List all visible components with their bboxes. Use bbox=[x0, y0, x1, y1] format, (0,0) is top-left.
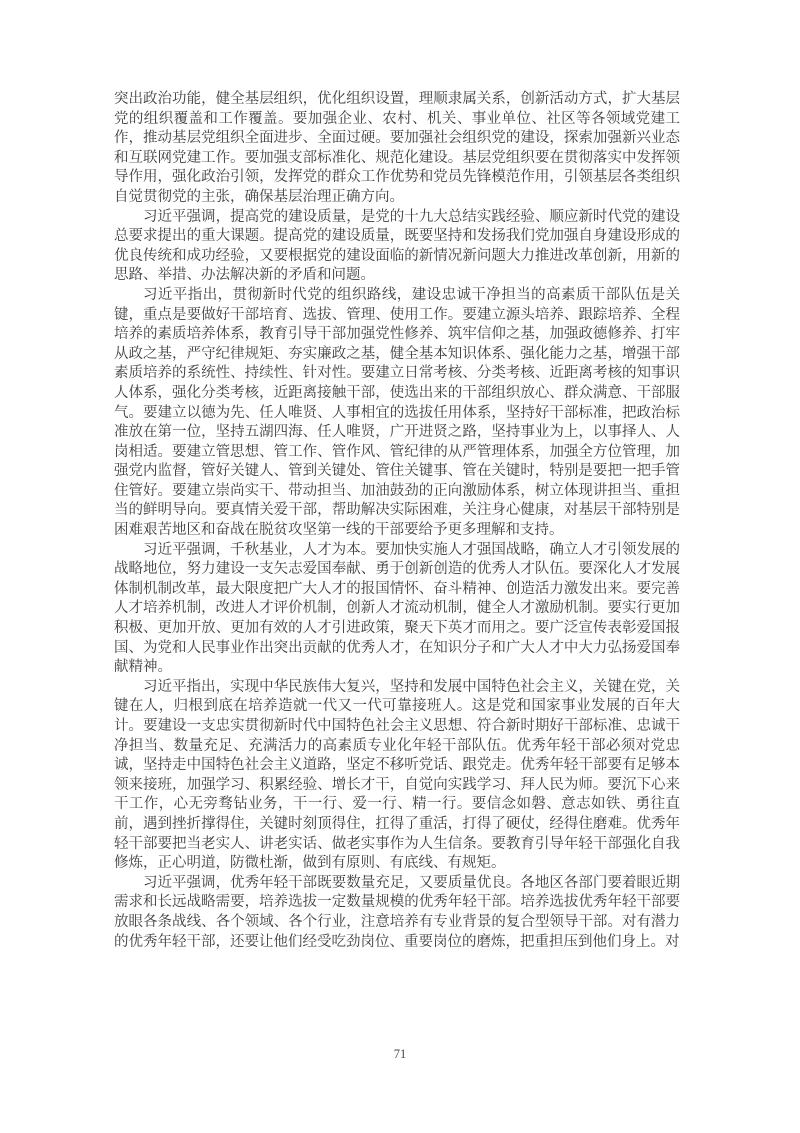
paragraph: 习近平指出，贯彻新时代党的组织路线，建设忠诚干净担当的高素质干部队伍是关键，重点… bbox=[114, 286, 680, 541]
paragraph: 习近平强调，优秀年轻干部既要数量充足，又要质量优良。各地区各部门要着眼近期需求和… bbox=[114, 874, 680, 952]
paragraph: 习近平强调，千秋基业，人才为本。要加快实施人才强国战略，确立人才引领发展的战略地… bbox=[114, 541, 680, 678]
paragraph: 习近平指出，实现中华民族伟大复兴，坚持和发展中国特色社会主义，关键在党，关键在人… bbox=[114, 678, 680, 874]
page-number: 71 bbox=[0, 1047, 800, 1062]
document-page: 突出政治功能，健全基层组织，优化组织设置，理顺隶属关系，创新活动方式，扩大基层党… bbox=[0, 0, 800, 1133]
paragraph: 突出政治功能，健全基层组织，优化组织设置，理顺隶属关系，创新活动方式，扩大基层党… bbox=[114, 90, 680, 208]
paragraph: 习近平强调，提高党的建设质量，是党的十九大总结实践经验、顺应新时代党的建设总要求… bbox=[114, 208, 680, 286]
page-text-block: 突出政治功能，健全基层组织，优化组织设置，理顺隶属关系，创新活动方式，扩大基层党… bbox=[114, 90, 680, 952]
